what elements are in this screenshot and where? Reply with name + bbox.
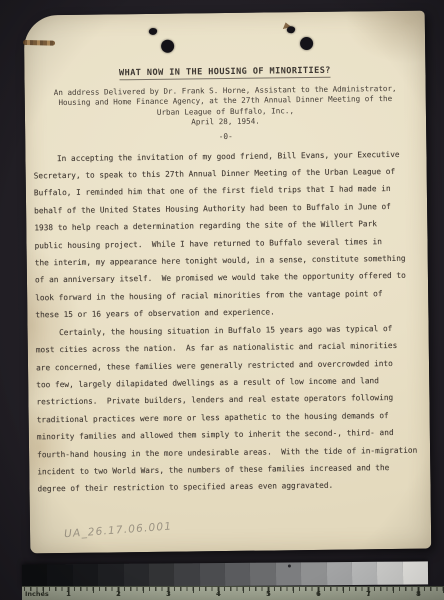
ruler-number: 7	[366, 590, 371, 598]
gray-step	[326, 562, 352, 585]
document-page: WHAT NOW IN THE HOUSING OF MINORITIES? A…	[24, 11, 432, 554]
gray-step	[149, 563, 175, 586]
staple-rust-mark	[23, 40, 55, 46]
ruler-number: 2	[116, 590, 121, 598]
dust-speck	[288, 564, 291, 567]
handwritten-archive-id: UA_26.17.06.001	[64, 520, 173, 540]
gray-step	[98, 564, 124, 587]
grayscale-calibration-bar	[22, 561, 428, 587]
ruler-number: 6	[316, 590, 321, 598]
section-separator: -0-	[25, 129, 426, 143]
ruler-unit-label: Inches	[25, 590, 49, 598]
gray-step	[22, 564, 48, 587]
punch-hole-small-left	[148, 27, 158, 36]
ruler-number: 8	[416, 590, 421, 598]
punch-hole-small-right	[286, 25, 296, 34]
ruler-number: 3	[166, 590, 171, 598]
gray-step	[200, 563, 226, 586]
gray-step	[73, 564, 99, 587]
photo-backdrop: WHAT NOW IN THE HOUSING OF MINORITIES? A…	[0, 0, 444, 600]
gray-step	[377, 562, 403, 585]
punch-hole-right	[300, 37, 313, 50]
gray-step	[352, 562, 378, 585]
ruler-number: 1	[66, 590, 71, 598]
gray-step	[225, 563, 251, 586]
gray-step	[47, 564, 73, 587]
gray-step	[403, 561, 429, 584]
typewritten-line: degree of their restriction to specified…	[37, 476, 430, 498]
typewritten-content: WHAT NOW IN THE HOUSING OF MINORITIES? A…	[24, 65, 430, 499]
subtitle: An address Delivered by Dr. Frank S. Hor…	[25, 84, 426, 131]
body-text: In accepting the invitation of my good f…	[25, 145, 430, 498]
gray-step	[123, 564, 149, 587]
gray-step	[174, 563, 200, 586]
ruler-number: 5	[266, 590, 271, 598]
ruler: Inches 12345678	[22, 586, 444, 600]
punch-hole-left	[161, 40, 174, 53]
ruler-number: 4	[216, 590, 221, 598]
gray-step	[250, 563, 276, 586]
gray-step	[301, 562, 327, 585]
document-title: WHAT NOW IN THE HOUSING OF MINORITIES?	[24, 65, 425, 80]
